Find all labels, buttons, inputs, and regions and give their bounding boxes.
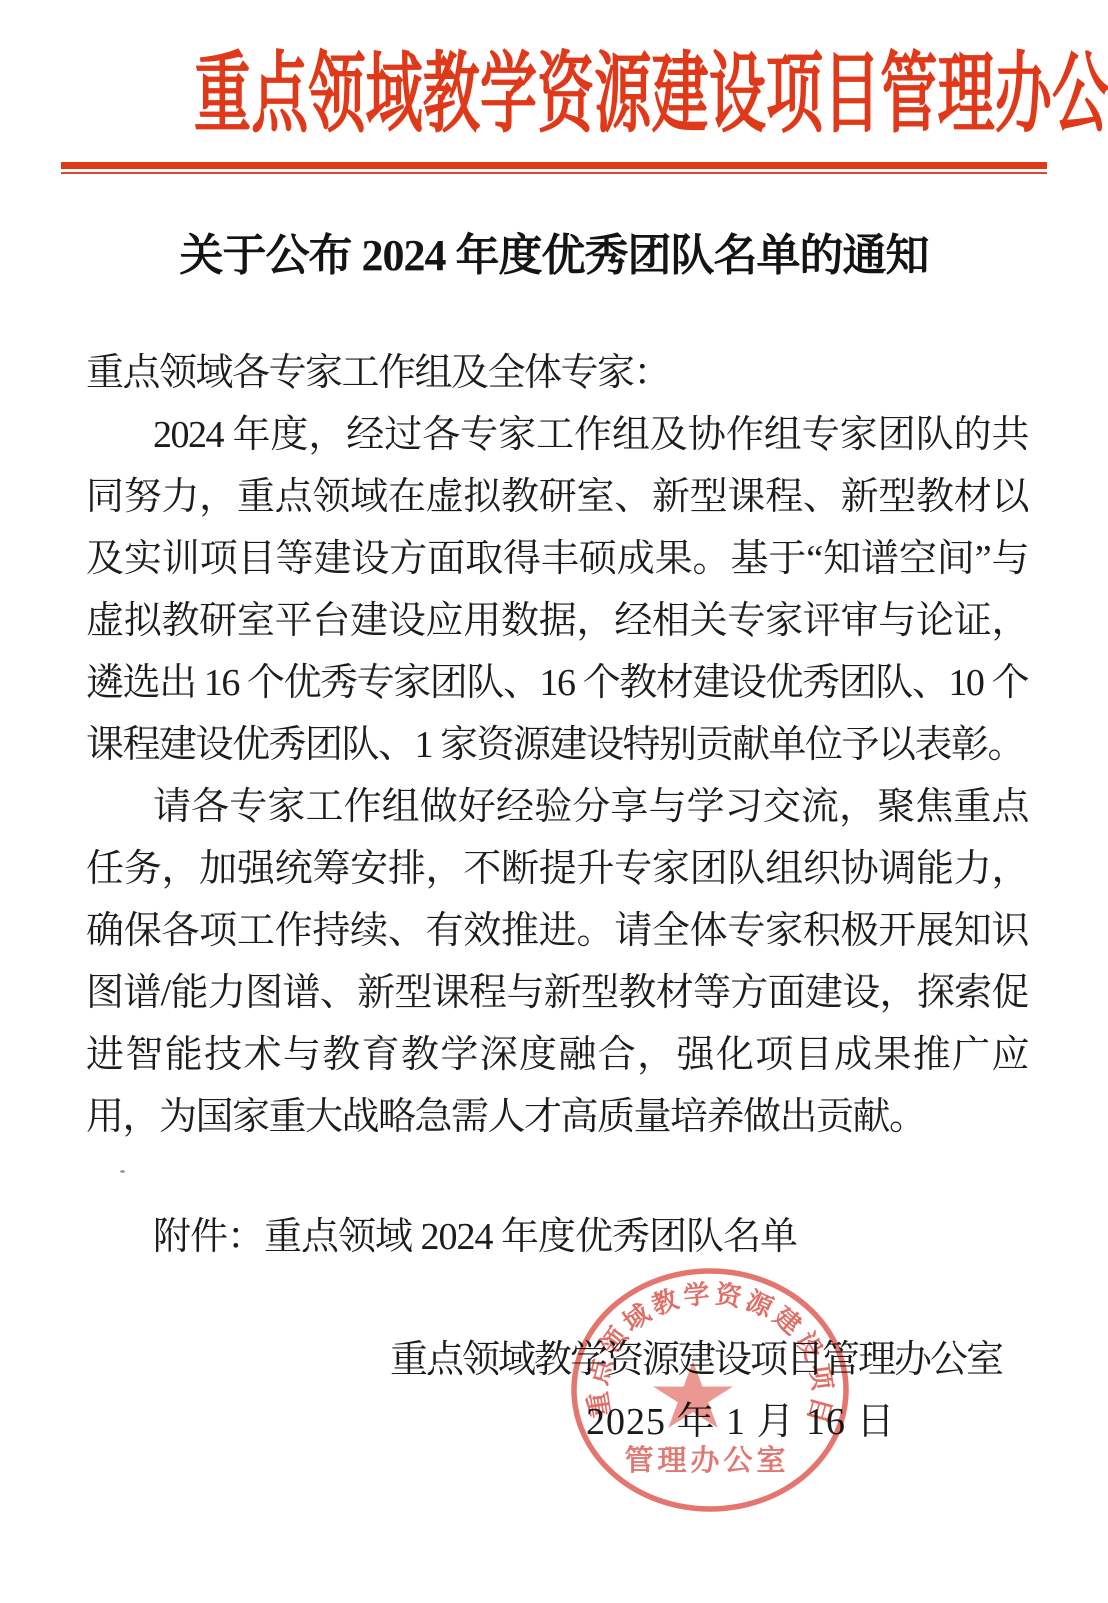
- masthead-rule-thick-line: [61, 162, 1047, 169]
- masthead-title: 重点领域教学资源建设项目管理办公室: [194, 46, 914, 146]
- masthead-rule: [61, 162, 1047, 174]
- document-page: 重点领域教学资源建设项目管理办公室 关于公布 2024 年度优秀团队名单的通知 …: [0, 0, 1108, 1603]
- body-paragraph-1: 2024 年度，经过各专家工作组及协作组专家团队的共同努力，重点领域在虚拟教研室…: [86, 404, 1028, 776]
- document-title: 关于公布 2024 年度优秀团队名单的通知: [0, 228, 1108, 284]
- salutation-line: 重点领域各专家工作组及全体专家：: [86, 342, 1028, 404]
- seal-bottom-text: 管理办公室: [624, 1444, 789, 1477]
- official-seal: 重点领域教学资源建设项目 管理办公室: [565, 1262, 855, 1518]
- body-paragraph-2: 请各专家工作组做好经验分享与学习交流，聚焦重点任务，加强统筹安排，不断提升专家团…: [86, 776, 1028, 1148]
- document-body: 重点领域各专家工作组及全体专家： 2024 年度，经过各专家工作组及协作组专家团…: [86, 342, 1028, 1148]
- attachment-line: 附件：重点领域 2024 年度优秀团队名单: [86, 1206, 1028, 1268]
- masthead-rule-thin-line: [61, 172, 1047, 174]
- seal-star-icon: [653, 1361, 733, 1428]
- scan-speck-artifact: [120, 1170, 125, 1173]
